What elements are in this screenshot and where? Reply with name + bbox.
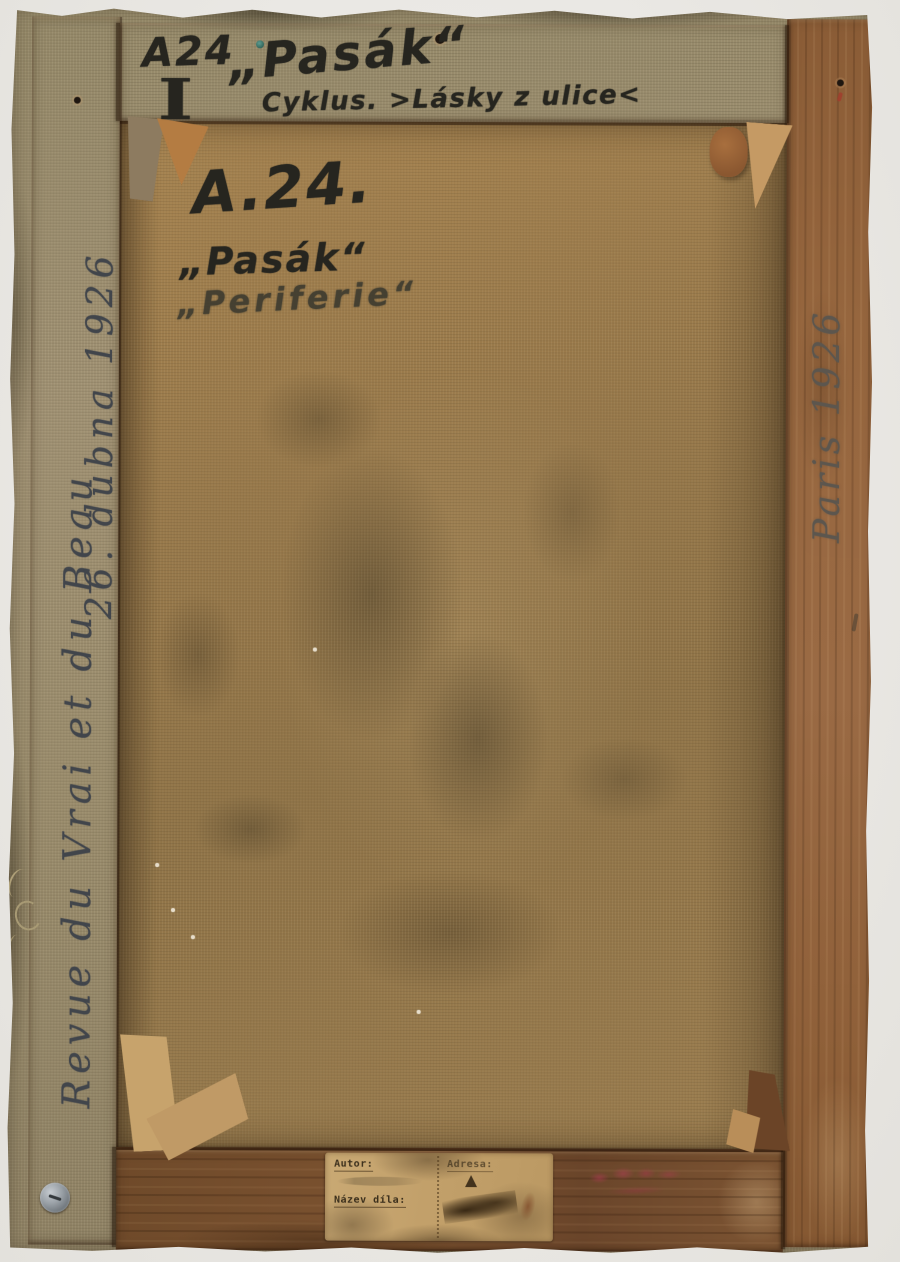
stretcher-bar-right bbox=[783, 19, 876, 1247]
illegible-handwriting bbox=[337, 1177, 423, 1186]
faded-red-stamp bbox=[583, 1158, 689, 1207]
inscription-roman-numeral: I bbox=[158, 67, 194, 133]
paint-speck bbox=[171, 908, 175, 912]
stretcher-joint-seam bbox=[116, 23, 120, 121]
paint-speck bbox=[191, 935, 195, 939]
stretcher-key-top-right-knob bbox=[710, 127, 748, 177]
inscription-inventory-code-center: A.24. bbox=[189, 148, 374, 228]
nail-hole bbox=[74, 97, 81, 104]
metal-fastener bbox=[40, 1183, 70, 1213]
stretcher-joint-seam bbox=[781, 1149, 785, 1249]
ink-blot bbox=[465, 1175, 477, 1187]
painting-verso: A24 I „Pasák“ Cyklus. >Lásky z ulice< A.… bbox=[6, 4, 874, 1255]
paint-speck bbox=[313, 648, 317, 652]
paint-speck bbox=[417, 1010, 421, 1014]
label-field-address: Adresa: bbox=[447, 1159, 493, 1172]
paint-speck bbox=[155, 863, 159, 867]
stretcher-joint-seam bbox=[785, 25, 789, 123]
exhibition-label: Autor: Adresa: Název díla: bbox=[325, 1153, 553, 1242]
inscription-left-edge-date: 26. dubna 1926 bbox=[79, 219, 122, 649]
inscription-right-edge-paris: Paris 1926 bbox=[807, 276, 849, 576]
label-fold-divider bbox=[437, 1156, 439, 1238]
nail-hole bbox=[837, 79, 844, 86]
label-field-title: Název díla: bbox=[334, 1195, 406, 1208]
illegible-field-smudge bbox=[442, 1190, 519, 1224]
stain-smudge bbox=[518, 1190, 538, 1222]
stretcher-joint-seam bbox=[112, 1147, 116, 1247]
label-field-author: Autor: bbox=[334, 1159, 373, 1172]
